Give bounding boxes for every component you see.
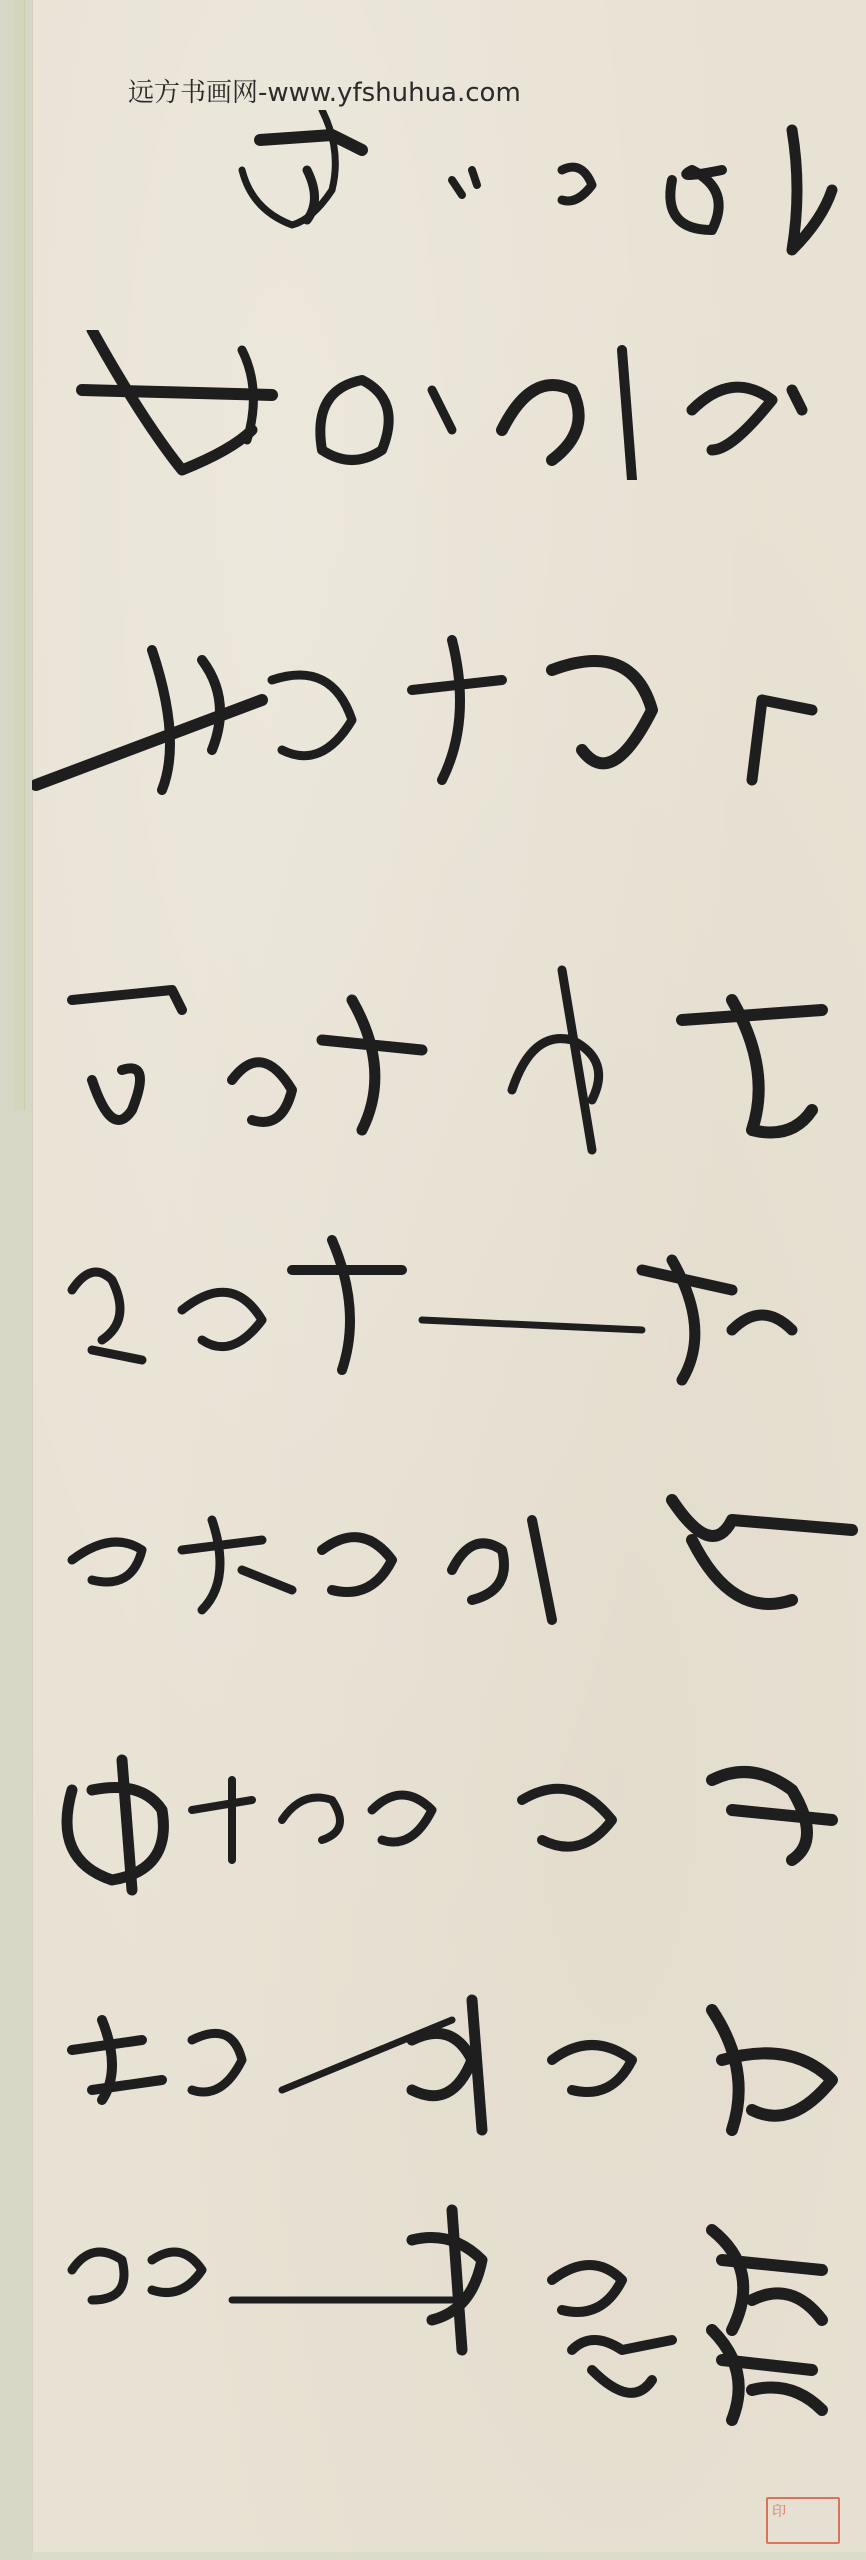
calligraphy-line-10 [32,2310,866,2440]
calligraphy-line-4 [32,960,866,1180]
calligraphy-line-3 [32,600,866,840]
red-seal-stamp: 印 [766,2497,840,2544]
scroll-bottom-edge [32,2552,866,2560]
calligraphy-line-1 [32,110,866,260]
calligraphy-line-6 [32,1480,866,1660]
seal-text: 印 [772,2501,788,2521]
calligraphy-line-8 [32,1980,866,2150]
calligraphy-line-2 [32,330,866,480]
calligraphy-line-7 [32,1720,866,1910]
watermark: 远方书画网-www.yfshuhua.com [128,72,521,109]
scroll-mount-strip [14,0,25,1110]
calligraphy-line-5 [32,1230,866,1410]
